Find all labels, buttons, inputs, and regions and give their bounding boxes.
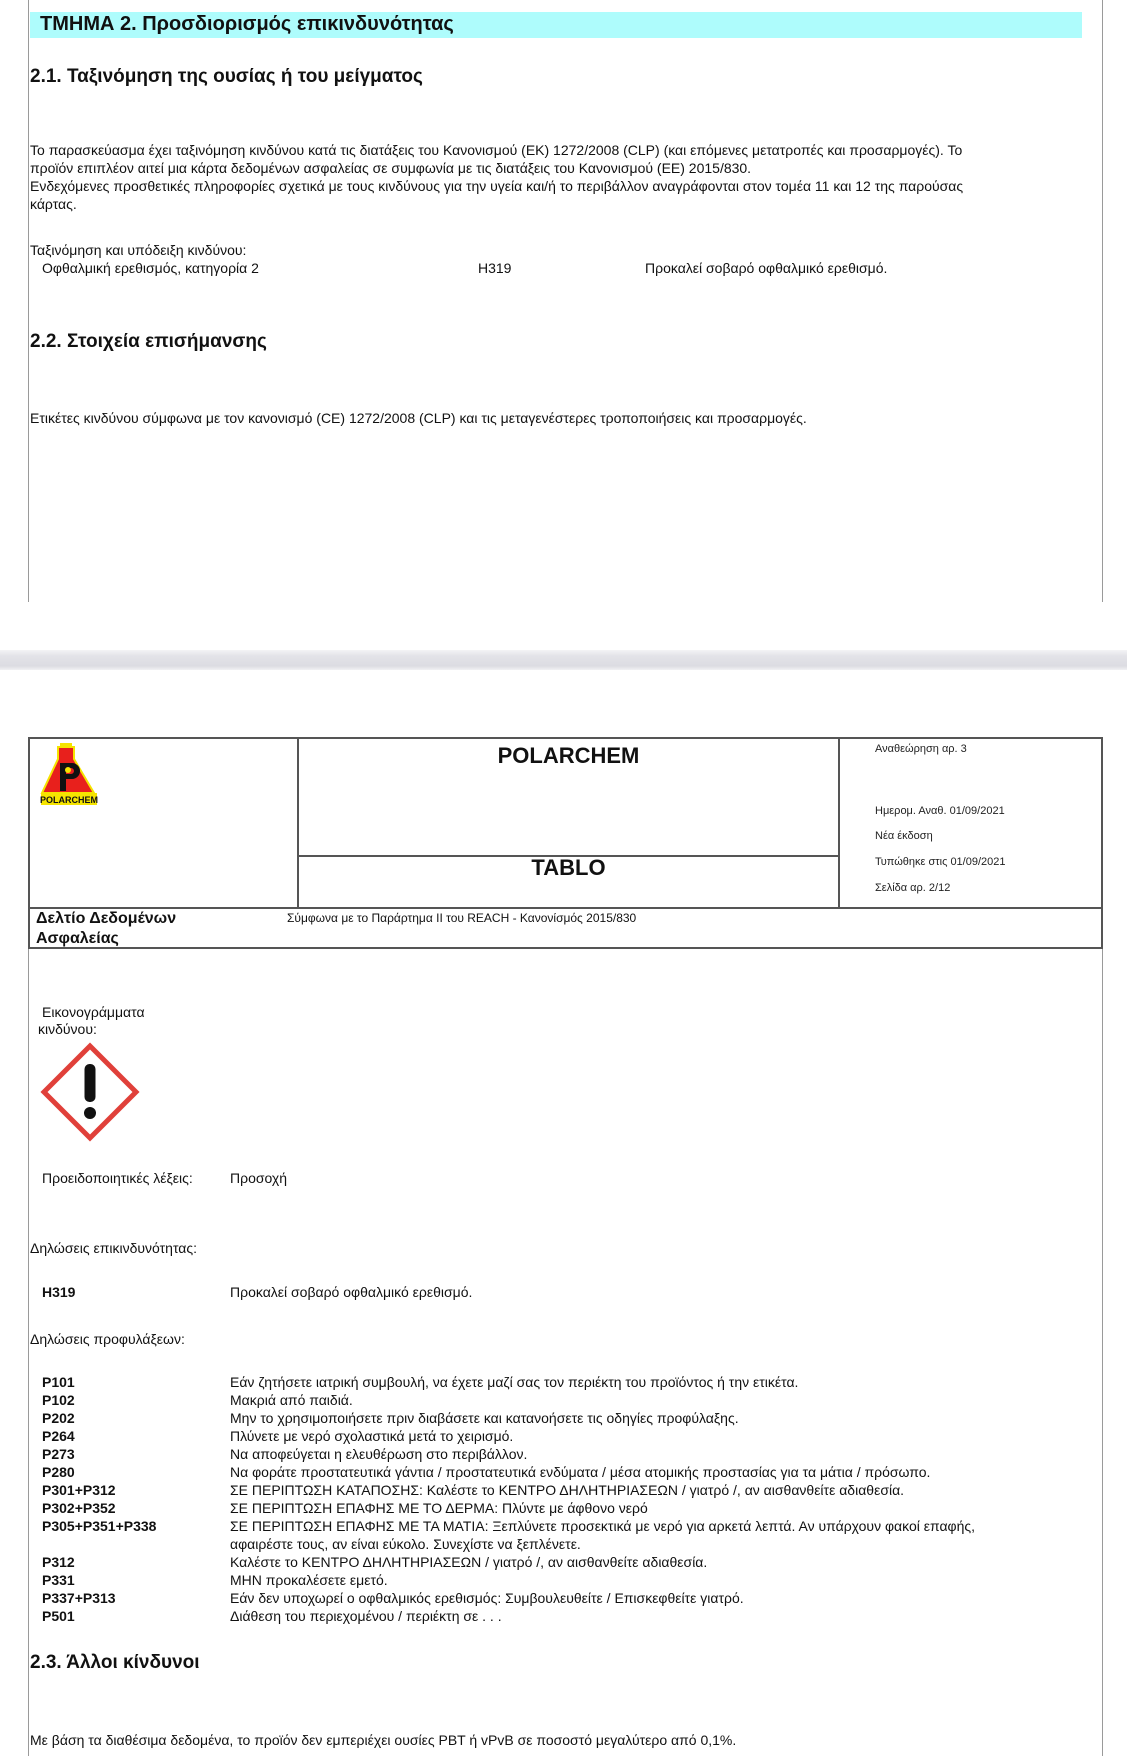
pictograms-label: Εικονογράμματα κινδύνου: xyxy=(38,1004,145,1038)
precautionary-text-continued: αφαιρέστε τους, αν είναι εύκολο. Συνεχίσ… xyxy=(230,1536,581,1552)
document-header-table: POLARCHEM POLARCHEM TABLO Αναθεώρηση αρ.… xyxy=(28,737,1103,949)
page-border-right xyxy=(1102,0,1103,602)
subsection-2-2-title: 2.2. Στοιχεία επισήμανσης xyxy=(30,331,267,353)
paragraph-line: κάρτας. xyxy=(30,195,963,213)
precautionary-text: Διάθεση του περιεχομένου / περιέκτη σε .… xyxy=(230,1608,502,1624)
precautionary-text: Να φοράτε προστατευτικά γάντια / προστατ… xyxy=(230,1464,930,1480)
edition-status: Νέα έκδοση xyxy=(875,830,933,842)
precautionary-code: P331 xyxy=(42,1572,75,1588)
precautionary-text: Εάν ζητήσετε ιατρική συμβουλή, να έχετε … xyxy=(230,1374,798,1390)
classification-category: Οφθαλμική ερεθισμός, κατηγορία 2 xyxy=(42,259,259,277)
precautionary-statements-label: Δηλώσεις προφυλάξεων: xyxy=(30,1330,185,1348)
pictograms-label-line: κινδύνου: xyxy=(38,1021,145,1038)
paragraph-line: Το παρασκεύασμα έχει ταξινόμηση κινδύνου… xyxy=(30,141,963,159)
precautionary-code: P302+P352 xyxy=(42,1500,116,1516)
precautionary-code: P280 xyxy=(42,1464,75,1480)
polarchem-logo: POLARCHEM xyxy=(40,741,100,807)
regulation-reference: Σύμφωνα με το Παράρτημα II του REACH - Κ… xyxy=(287,911,636,925)
precautionary-text: Μακριά από παιδιά. xyxy=(230,1392,353,1408)
precautionary-text: ΜΗΝ προκαλέσετε εμετό. xyxy=(230,1572,388,1588)
hazard-text: Προκαλεί σοβαρό οφθαλμικό ερεθισμό. xyxy=(230,1284,472,1300)
precautionary-code: P301+P312 xyxy=(42,1482,116,1498)
precautionary-text: Πλύνετε με νερό σχολαστικά μετά το χειρι… xyxy=(230,1428,513,1444)
document-type: Δελτίο Δεδομένων Ασφαλείας xyxy=(36,909,176,949)
classification-label: Ταξινόμηση και υπόδειξη κινδύνου: xyxy=(30,241,246,259)
precautionary-text: Μην το χρησιμοποιήσετε πριν διαβάσετε κα… xyxy=(230,1410,739,1426)
page-separator xyxy=(0,650,1127,670)
revision-number: Αναθεώρηση αρ. 3 xyxy=(875,743,967,755)
document-type-line: Ασφαλείας xyxy=(36,929,176,949)
pictograms-label-line: Εικονογράμματα xyxy=(38,1004,145,1021)
precautionary-code: P273 xyxy=(42,1446,75,1462)
label-elements-text: Ετικέτες κινδύνου σύμφωνα με τον κανονισ… xyxy=(30,409,807,427)
precautionary-text: ΣΕ ΠΕΡΙΠΤΩΣΗ ΕΠΑΦΗΣ ΜΕ ΤΑ ΜΑΤΙΑ: Ξεπλύνε… xyxy=(230,1518,975,1534)
signal-word-label: Προειδοποιητικές λέξεις: xyxy=(42,1169,193,1187)
subsection-2-1-title: 2.1. Ταξινόμηση της ουσίας ή του μείγματ… xyxy=(30,66,423,88)
subsection-2-3-title: 2.3. Άλλοι κίνδυνοι xyxy=(30,1652,200,1674)
precautionary-text: Καλέστε το ΚΕΝΤΡΟ ΔΗΛΗΤΗΡΙΑΣΕΩΝ / γιατρό… xyxy=(230,1554,707,1570)
precautionary-code: P102 xyxy=(42,1392,75,1408)
signal-word: Προσοχή xyxy=(230,1169,287,1187)
product-name: TABLO xyxy=(299,855,838,881)
classification-paragraph: Το παρασκεύασμα έχει ταξινόμηση κινδύνου… xyxy=(30,141,963,213)
section-banner: ΤΜΗΜΑ 2. Προσδιορισμός επικινδυνότητας xyxy=(30,12,1082,38)
precautionary-code: P312 xyxy=(42,1554,75,1570)
precautionary-text: Να αποφεύγεται η ελευθέρωση στο περιβάλλ… xyxy=(230,1446,527,1462)
exclamation-mark-pictogram-icon xyxy=(40,1042,140,1142)
precautionary-text: Εάν δεν υποχωρεί ο οφθαλμικός ερεθισμός:… xyxy=(230,1590,744,1606)
precautionary-code: P202 xyxy=(42,1410,75,1426)
precautionary-code: P337+P313 xyxy=(42,1590,116,1606)
paragraph-line: Ενδεχόμενες προσθετικές πληροφορίες σχετ… xyxy=(30,177,963,195)
precautionary-code: P101 xyxy=(42,1374,75,1390)
svg-text:POLARCHEM: POLARCHEM xyxy=(40,795,98,805)
precautionary-code: P264 xyxy=(42,1428,75,1444)
precautionary-code: P305+P351+P338 xyxy=(42,1518,156,1534)
hazard-statements-label: Δηλώσεις επικινδυνότητας: xyxy=(30,1239,197,1257)
document-type-line: Δελτίο Δεδομένων xyxy=(36,909,176,929)
paragraph-line: προϊόν επιπλέον αιτεί μια κάρτα δεδομένω… xyxy=(30,159,963,177)
section-title: ΤΜΗΜΑ 2. Προσδιορισμός επικινδυνότητας xyxy=(40,13,454,36)
classification-statement: Προκαλεί σοβαρό οφθαλμικό ερεθισμό. xyxy=(645,259,887,277)
precautionary-code: P501 xyxy=(42,1608,75,1624)
page-number: Σελίδα αρ. 2/12 xyxy=(875,882,950,894)
precautionary-text: ΣΕ ΠΕΡΙΠΤΩΣΗ ΕΠΑΦΗΣ ΜΕ ΤΟ ΔΕΡΜΑ: Πλύντε … xyxy=(230,1500,648,1516)
revision-date: Ημερομ. Αναθ. 01/09/2021 xyxy=(875,805,1005,817)
hazard-code: H319 xyxy=(42,1284,75,1300)
other-hazards-text: Με βάση τα διαθέσιμα δεδομένα, το προϊόν… xyxy=(30,1731,736,1749)
page-border-left xyxy=(28,0,29,602)
printed-date: Τυπώθηκε στις 01/09/2021 xyxy=(875,856,1006,868)
classification-code: H319 xyxy=(478,259,511,277)
company-name: POLARCHEM xyxy=(299,743,838,769)
precautionary-text: ΣΕ ΠΕΡΙΠΤΩΣΗ ΚΑΤΑΠΟΣΗΣ: Καλέστε το ΚΕΝΤΡ… xyxy=(230,1482,904,1498)
